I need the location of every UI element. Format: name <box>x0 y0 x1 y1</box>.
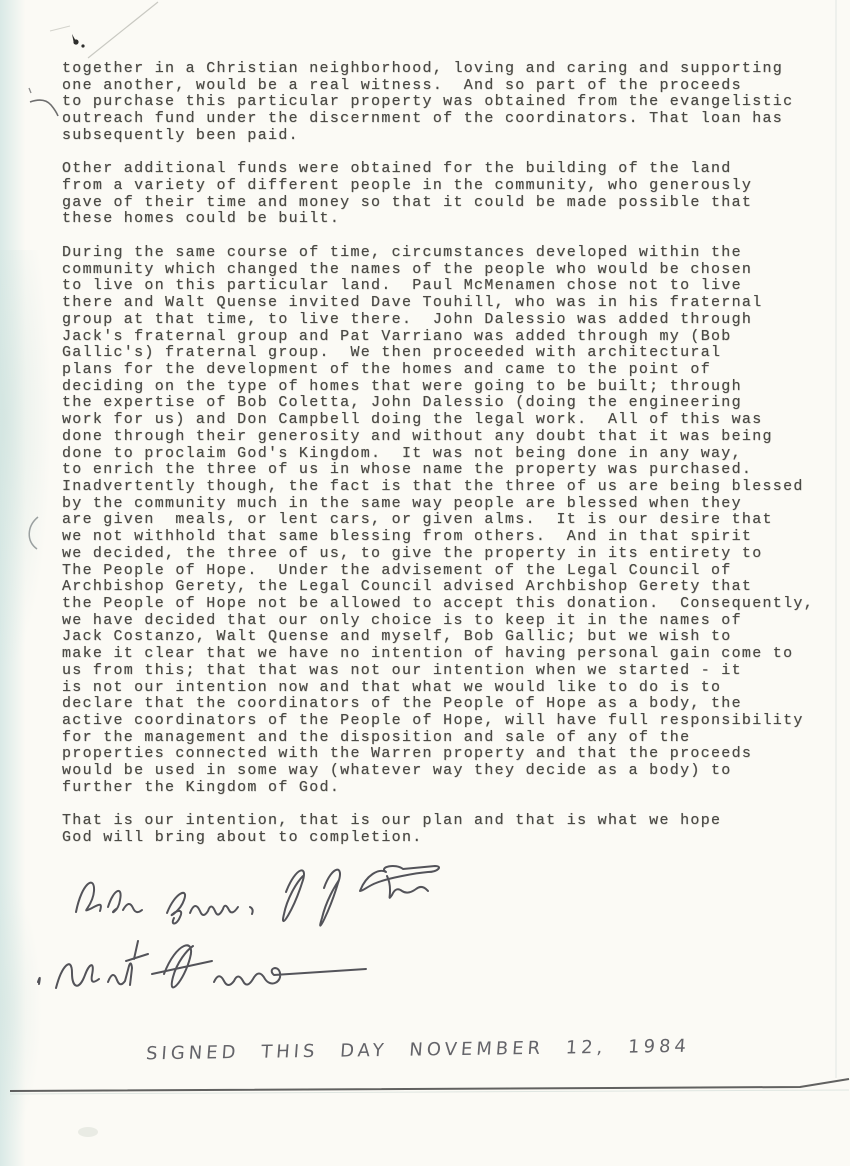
signature-jack-costanzo <box>268 860 453 952</box>
letter-paragraph-4: That is our intention, that is our plan … <box>62 813 822 846</box>
page-bottom-edge-line <box>10 1079 849 1091</box>
letter-paragraph-2: Other additional funds were obtained for… <box>62 161 822 228</box>
letter-paragraph-1: together in a Christian neighborhood, lo… <box>62 61 822 145</box>
signature-walt-quense <box>34 928 379 1016</box>
letter-paragraph-3: During the same course of time, circumst… <box>62 245 822 797</box>
pencil-stroke <box>88 2 158 58</box>
scan-smudge-blotch <box>0 250 52 670</box>
pen-hook-mark <box>30 100 58 116</box>
scan-smudge-blotch <box>0 880 42 1140</box>
scanner-edge-tint <box>0 0 30 1166</box>
letter-body: together in a Christian neighborhood, lo… <box>62 61 822 864</box>
pen-tick-mark <box>29 88 31 93</box>
page-bottom-edge-shadow <box>10 1090 849 1094</box>
pencil-stroke <box>50 26 70 31</box>
scan-smudge <box>78 1127 98 1137</box>
handwritten-date-note: SIGNED THIS DAY NOVEMBER 12, 1984 <box>145 1037 626 1065</box>
ink-smudge <box>72 34 85 48</box>
scanned-letter-page: { "colors": { "paper": "#fbfaf5", "typew… <box>0 0 850 1166</box>
pen-paren-mark <box>29 517 38 549</box>
signature-bob-gallic <box>62 866 292 938</box>
